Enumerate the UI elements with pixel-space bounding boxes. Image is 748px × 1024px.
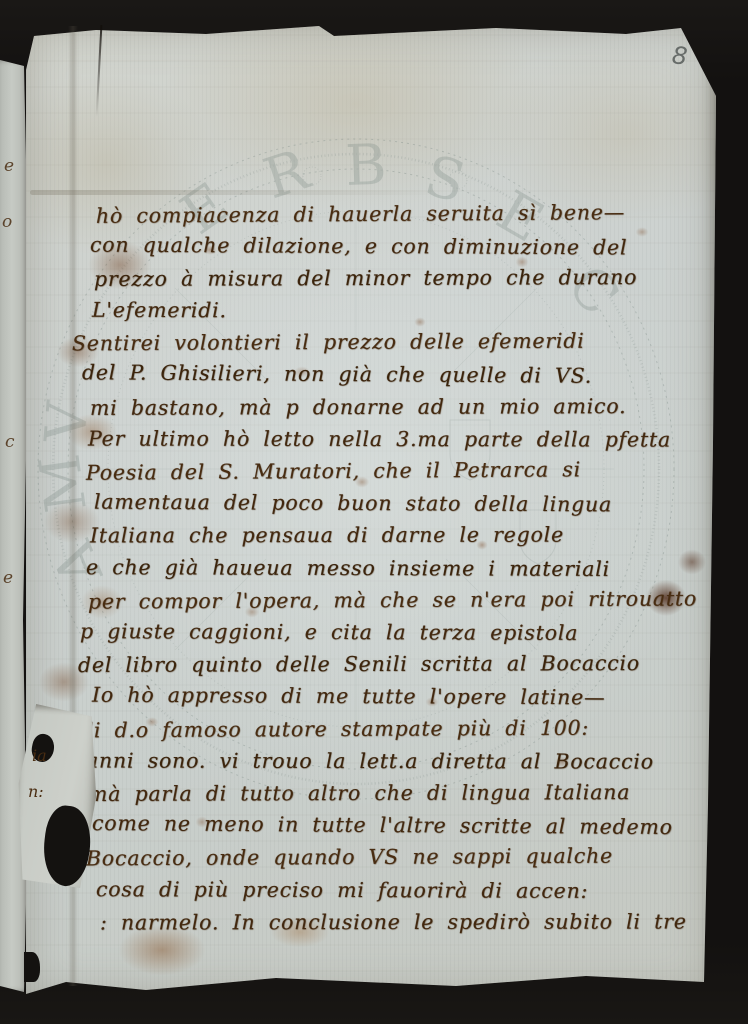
manuscript-line: di d.o famoso autore stampate più di 100… — [80, 716, 589, 743]
manuscript-line: Italiana che pensaua di darne le regole — [90, 523, 564, 548]
manuscript-line: mi bastano, mà p donarne ad un mio amico… — [90, 394, 626, 420]
manuscript-line: hò compiacenza di hauerla seruita sì ben… — [96, 200, 625, 228]
manuscript-line: del P. Ghisilieri, non già che quelle di… — [82, 360, 592, 388]
manuscript-line: p giuste caggioni, e cita la terza epist… — [80, 619, 578, 645]
letter-body: hò compiacenza di hauerla seruita sì ben… — [0, 0, 748, 1024]
manuscript-line: anni sono. vi trouo la lett.a diretta al… — [86, 749, 654, 774]
manuscript-line: del libro quinto delle Senili scritta al… — [78, 651, 640, 677]
manuscript-scan: e o c e E R B S E C V M A — [0, 0, 748, 1024]
manuscript-line: mà parla di tutto altro che di lingua It… — [88, 780, 630, 806]
edge-nick — [24, 952, 40, 982]
manuscript-line: L'efemeridi. — [92, 298, 227, 322]
manuscript-line: come ne meno in tutte l'altre scritte al… — [92, 811, 673, 839]
manuscript-line: e che già haueua messo insieme i materia… — [86, 555, 610, 581]
manuscript-line: con qualche dilazione, e con diminuzione… — [90, 233, 627, 260]
folio-number: 8 — [671, 41, 689, 70]
manuscript-line: Io hò appresso di me tutte l'opere latin… — [92, 683, 606, 710]
manuscript-line: cosa di più preciso mi fauorirà di accen… — [96, 877, 588, 903]
manuscript-line: per compor l'opera, mà che se n'era poi … — [88, 586, 697, 613]
manuscript-line: Bocaccio, onde quando VS ne sappi qualch… — [86, 844, 613, 871]
manuscript-line: Poesia del S. Muratori, che il Petrarca … — [86, 457, 581, 484]
manuscript-line: : narmelo. In conclusione le spedirò sub… — [100, 909, 687, 934]
ink-fragment: n: — [28, 782, 44, 801]
manuscript-line: lamentaua del poco buon stato della ling… — [94, 490, 612, 517]
ink-fragment: ia — [32, 746, 47, 765]
manuscript-line: Sentirei volontieri il prezzo delle efem… — [72, 329, 585, 356]
manuscript-line: Per ultimo hò letto nella 3.ma parte del… — [88, 426, 671, 451]
manuscript-line: prezzo à misura del minor tempo che dura… — [94, 265, 637, 291]
